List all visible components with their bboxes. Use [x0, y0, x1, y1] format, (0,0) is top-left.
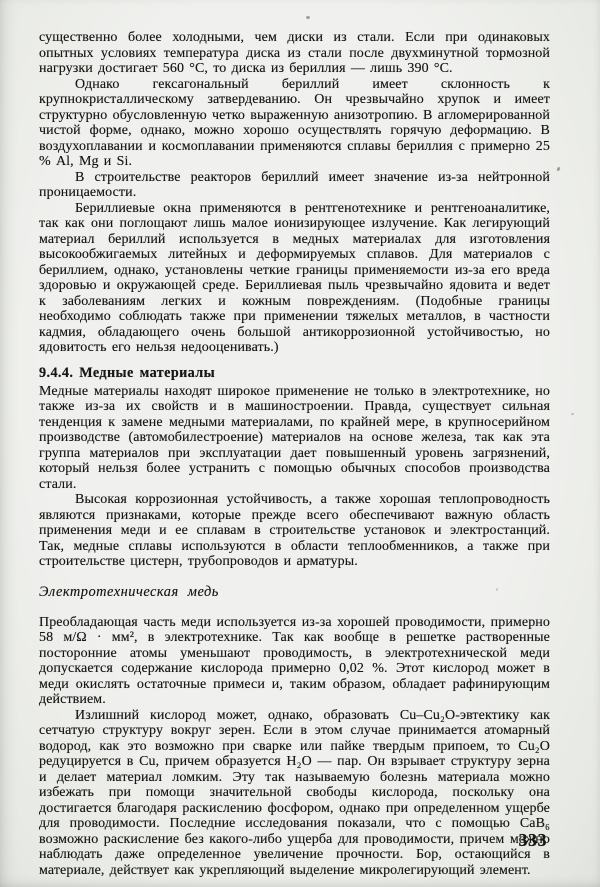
- paragraph-beryllium-disks: существенно более холодными, чем диски и…: [39, 30, 550, 77]
- scan-artifact: [306, 16, 310, 19]
- book-page: существенно более холодными, чем диски и…: [0, 0, 600, 887]
- paragraph-beryllium-windows: Бериллиевые окна применяются в рентгенот…: [39, 201, 550, 356]
- paragraph-copper-conductivity: Преобладающая часть меди используется из…: [39, 615, 550, 708]
- page-number: 333: [519, 830, 548, 851]
- paragraph-reactors: В строительстве реакторов бериллий имеет…: [39, 170, 550, 201]
- paragraph-hexagonal-beryllium: Однако гексагональный бериллий имеет скл…: [39, 77, 550, 170]
- scan-artifact: [571, 413, 574, 415]
- paragraph-corrosion-resistance: Высокая коррозионная устойчивость, а так…: [39, 492, 550, 570]
- text-column: существенно более холодными, чем диски и…: [39, 30, 550, 878]
- subsection-heading-electrotechnical-copper: Электротехническая медь: [39, 584, 550, 600]
- section-heading-copper-materials: 9.4.4. Медные материалы: [39, 365, 550, 381]
- scan-artifact: [556, 167, 560, 172]
- paragraph-copper-applications: Медные материалы находят широкое примене…: [39, 384, 550, 493]
- scan-artifact: [496, 588, 498, 591]
- paragraph-excess-oxygen: Излишний кислород может, однако, образов…: [39, 708, 550, 879]
